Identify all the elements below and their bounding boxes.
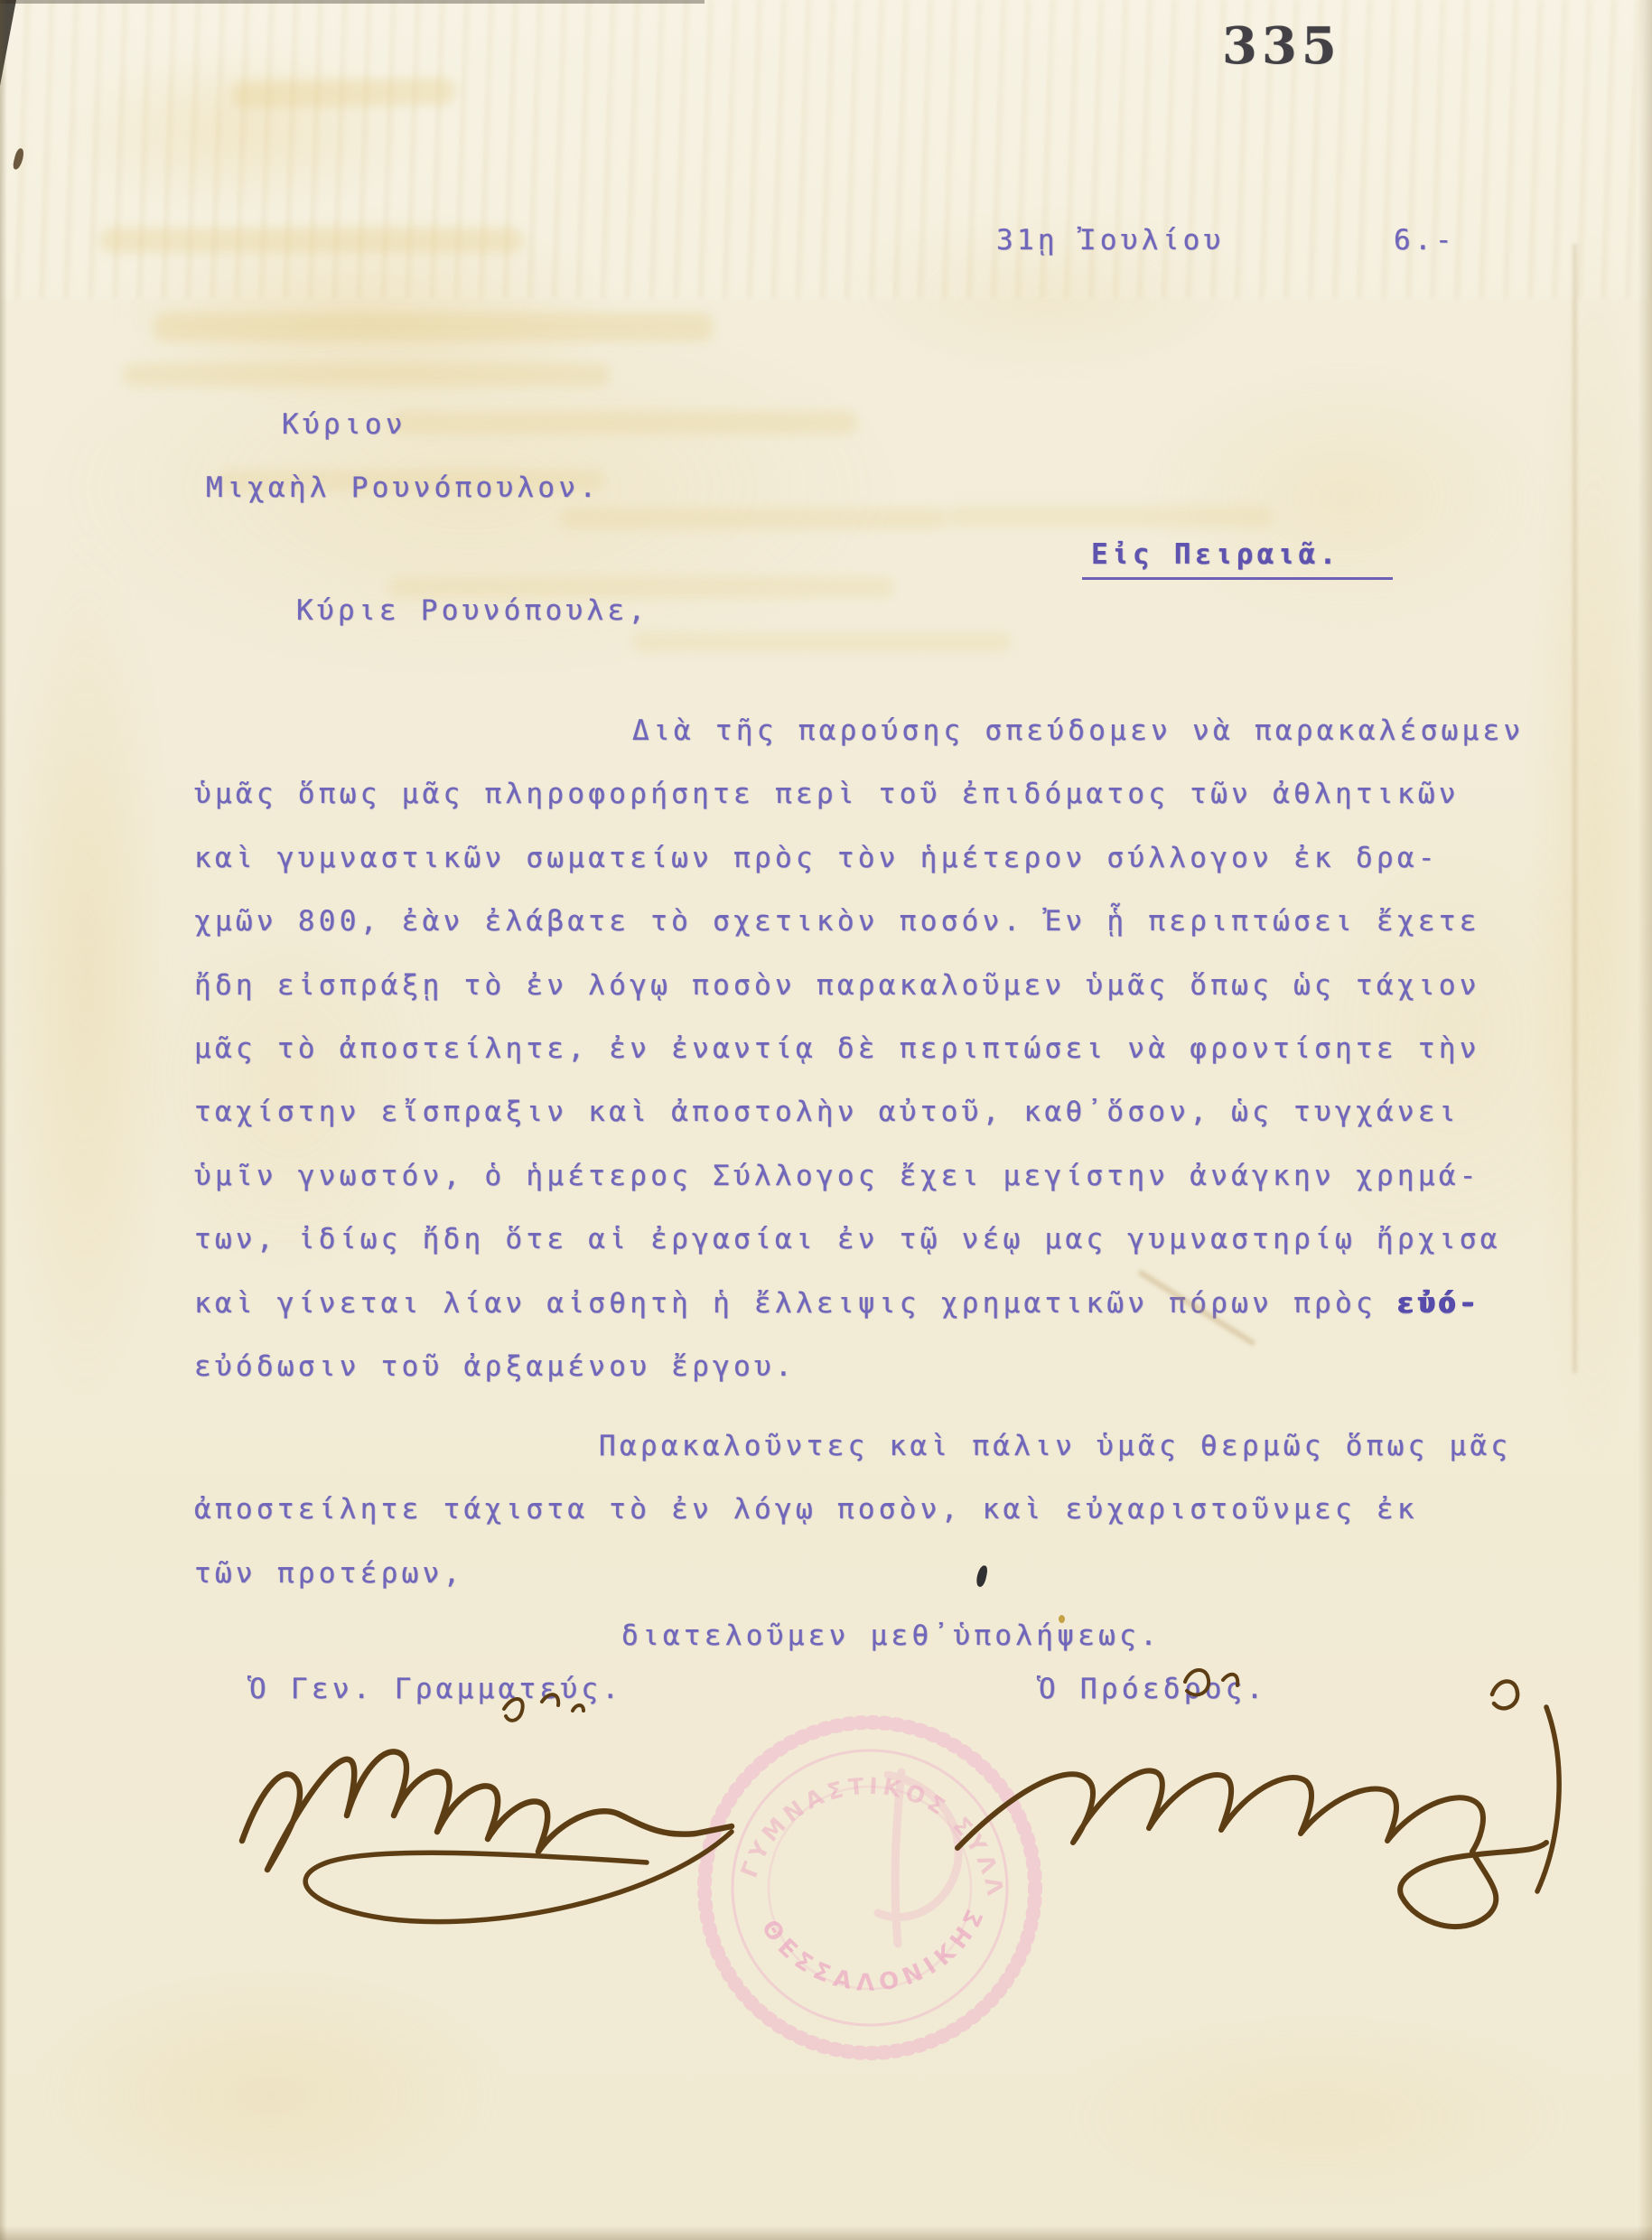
scanned-letter-page: 335 31ῃ Ἰουλίου 6.- Κύριον Μιχαὴλ Ρουνόπ… [0, 0, 1652, 2240]
paper-stain [27, 1969, 515, 2222]
body-line: Διὰ τῆς παρούσης σπεύδομεν νὰ παρακαλέσω… [194, 699, 1524, 762]
page-number: 335 [1222, 16, 1341, 76]
date-year-mark: 6.- [1394, 224, 1456, 257]
paper-stain [1526, 217, 1652, 1481]
club-stamp: ΓΥΜΝΑΣΤΙΚΟΣ ΣΥΛΛΟΓΟΣ ΗΡΑΚΛΗΣ ΘΕΣΣΑΛΟΝΙΚΗ… [685, 1707, 1064, 2050]
valediction: διατελοῦμεν μεθ᾽ὑπολήψεως. [621, 1619, 1161, 1652]
body-line: Παρακαλοῦντες καὶ πάλιν ὑμᾶς θερμῶς ὅπως… [194, 1414, 1511, 1478]
secretary-title: Ὁ Γεν. Γραμματεύς. [249, 1673, 622, 1705]
date-day-month: 31ῃ Ἰουλίου [996, 224, 1225, 257]
scan-edge-left [0, 0, 7, 2240]
body-line: των, ἰδίως ἤδη ὅτε αἱ ἐργασίαι ἐν τῷ νέῳ… [194, 1208, 1524, 1271]
president-title: Ὁ Πρόεδρος. [1039, 1673, 1267, 1705]
body-line: τῶν προτέρων, [194, 1542, 1511, 1605]
body-line: ἀποστείλητε τάχιστα τὸ ἐν λόγῳ ποσὸν, κα… [194, 1478, 1511, 1541]
body-line: χμῶν 800, ἐὰν ἐλάβατε τὸ σχετικὸν ποσόν.… [194, 890, 1524, 953]
body-paragraph-1: Διὰ τῆς παρούσης σπεύδομεν νὰ παρακαλέσω… [194, 699, 1524, 1398]
bleedthrough-smudge [122, 363, 610, 387]
paper-stain [1039, 2014, 1599, 2222]
paper-stain [0, 524, 172, 1409]
addressee-honorific: Κύριον [282, 408, 406, 441]
body-line: ὑμᾶς ὅπως μᾶς πληροφορήσητε περὶ τοῦ ἐπι… [194, 762, 1524, 826]
bleedthrough-smudge [154, 313, 714, 341]
body-line: ἤδη εἰσπράξῃ τὸ ἐν λόγῳ ποσὸν παρακαλοῦμ… [194, 954, 1524, 1017]
scan-edge-right [1638, 0, 1652, 2240]
bleedthrough-smudge [560, 508, 948, 529]
paper-crease [1573, 244, 1576, 1373]
body-line-text: καὶ γίνεται λίαν αἰσθητὴ ἡ ἔλλειψις χρημ… [194, 1287, 1377, 1320]
bleedthrough-smudge [948, 506, 1274, 527]
paper-stain [1138, 361, 1554, 632]
scan-edge-bottom [0, 2226, 1652, 2240]
bleedthrough-smudge [632, 632, 1012, 652]
body-paragraph-2: Παρακαλοῦντες καὶ πάλιν ὑμᾶς θερμῶς ὅπως… [194, 1414, 1511, 1605]
body-line: εὐόδωσιν τοῦ ἀρξαμένου ἔργου. [194, 1335, 1524, 1398]
body-line: καὶ γίνεται λίαν αἰσθητὴ ἡ ἔλλειψις χρημ… [194, 1272, 1524, 1335]
body-line: ὑμῖν γνωστόν, ὁ ἡμέτερος Σύλλογος ἔχει μ… [194, 1144, 1524, 1208]
overstruck-word: εὐό- [1397, 1287, 1480, 1320]
bleedthrough-smudge [388, 411, 858, 434]
destination-line: Εἰς Πειραιᾶ. [1082, 538, 1393, 580]
addressee-name: Μιχαὴλ Ρουνόπουλον. [206, 471, 600, 504]
body-line: καὶ γυμναστικῶν σωματείων πρὸς τὸν ἡμέτε… [194, 826, 1524, 890]
salutation: Κύριε Ρουνόπουλε, [296, 594, 649, 627]
body-line: ταχίστην εἴσπραξιν καὶ ἀποστολὴν αὐτοῦ, … [194, 1080, 1524, 1143]
body-line: μᾶς τὸ ἀποστείλητε, ἐν ἐναντίᾳ δὲ περιπτ… [194, 1017, 1524, 1080]
scan-edge-top [0, 0, 705, 4]
